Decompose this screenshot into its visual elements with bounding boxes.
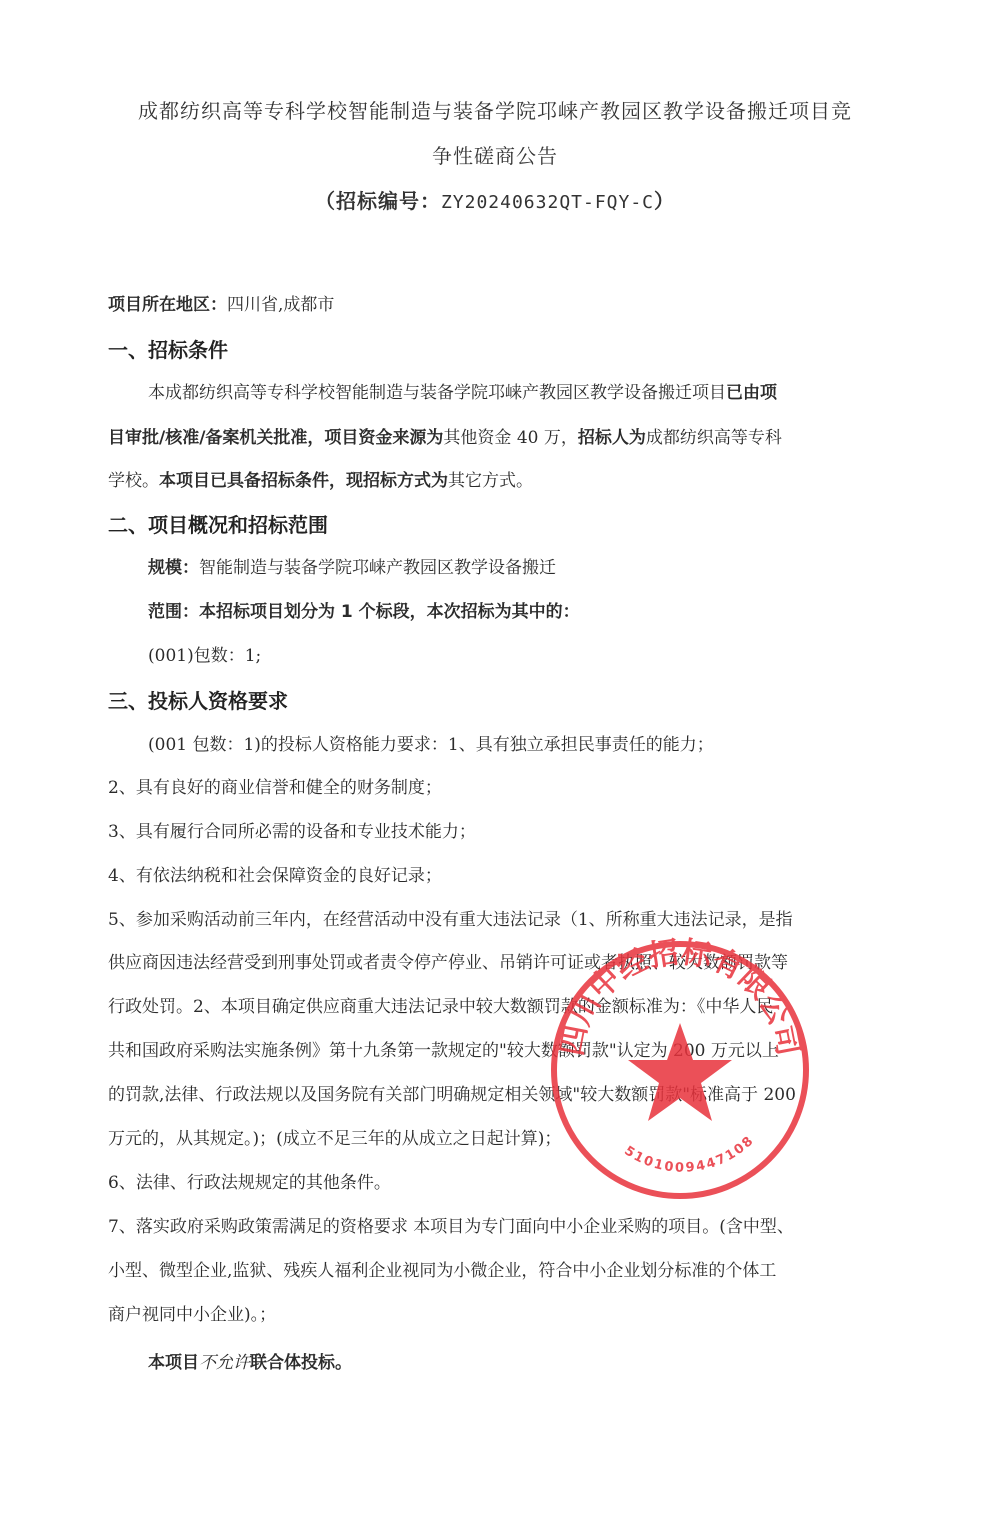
text: 其他资金 40 万，: [443, 428, 577, 448]
qualification-item: 供应商因违法经营受到刑事处罚或者责令停产停业、吊销许可证或者执照、较大数额罚款等: [108, 948, 898, 973]
scope-line: 范围：本招标项目划分为 1 个标段，本次招标为其中的：: [148, 597, 938, 622]
project-region: 项目所在地区：四川省,成都市: [108, 290, 898, 315]
qualification-item: 小型、微型企业,监狱、残疾人福利企业视同为小微企业，符合中小企业划分标准的个体工: [108, 1256, 898, 1281]
consortium-note: 本项目不允许联合体投标。: [148, 1348, 938, 1373]
region-label: 项目所在地区：: [108, 295, 227, 315]
qualification-item: 3、具有履行合同所必需的设备和专业技术能力；: [108, 817, 898, 842]
doc-title-line2: 争性磋商公告: [100, 140, 890, 169]
section1-heading: 一、招标条件: [108, 334, 898, 363]
tender-code: （招标编号：ZY20240632QT-FQY-C）: [100, 185, 890, 214]
qualification-item: 6、法律、行政法规规定的其他条件。: [108, 1168, 898, 1193]
text: 不允许: [199, 1353, 250, 1373]
text: 成都纺织高等专科: [646, 428, 782, 448]
text: 招标人为: [578, 428, 646, 448]
qualification-item: 商户视同中小企业)。；: [108, 1300, 898, 1325]
text: 已由项: [726, 383, 777, 403]
section3-heading: 三、投标人资格要求: [108, 685, 898, 714]
company-seal-stamp: 四川中经招标有限公司 5101009447108: [545, 935, 815, 1205]
qualification-item: 5、参加采购活动前三年内，在经营活动中没有重大违法记录（1、所称重大违法记录，是…: [108, 905, 898, 930]
scale-line: 规模：智能制造与装备学院邛崃产教园区教学设备搬迁: [148, 553, 938, 578]
text: 本项目已具备招标条件，现招标方式为: [159, 471, 448, 491]
qualification-item: 行政处罚。2、本项目确定供应商重大违法记录中较大数额罚款的金额标准为：《中华人民: [108, 992, 898, 1017]
qualification-item: 的罚款,法律、行政法规以及国务院有关部门明确规定相关领域"较大数额罚款"标准高于…: [108, 1080, 898, 1105]
document-page: 成都纺织高等专科学校智能制造与装备学院邛崃产教园区教学设备搬迁项目竞 争性磋商公…: [0, 0, 986, 1516]
text: 联合体投标。: [250, 1353, 352, 1373]
section1-para-line1: 本成都纺织高等专科学校智能制造与装备学院邛崃产教园区教学设备搬迁项目已由项: [148, 378, 938, 403]
qualification-item: 万元的，从其规定。)；(成立不足三年的从成立之日起计算)；: [108, 1124, 898, 1149]
qualification-item: (001 包数：1)的投标人资格能力要求：1、具有独立承担民事责任的能力；: [148, 730, 938, 755]
text: 其它方式。: [448, 471, 533, 491]
text: 智能制造与装备学院邛崃产教园区教学设备搬迁: [199, 558, 556, 578]
text: 目审批/核准/备案机关批准，项目资金来源为: [108, 428, 443, 448]
region-value: 四川省,成都市: [227, 295, 334, 315]
section1-para-line3: 学校。本项目已具备招标条件，现招标方式为其它方式。: [108, 466, 898, 491]
tender-code-value: ZY20240632QT-FQY-C: [441, 192, 654, 213]
tender-code-label: （招标编号：: [315, 189, 441, 213]
tender-code-close: ）: [654, 189, 675, 213]
doc-title-line1: 成都纺织高等专科学校智能制造与装备学院邛崃产教园区教学设备搬迁项目竞: [100, 95, 890, 124]
qualification-item: 2、具有良好的商业信誉和健全的财务制度；: [108, 773, 898, 798]
qualification-item: 4、有依法纳税和社会保障资金的良好记录；: [108, 861, 898, 886]
section1-para-line2: 目审批/核准/备案机关批准，项目资金来源为其他资金 40 万，招标人为成都纺织高…: [108, 423, 898, 448]
section2-heading: 二、项目概况和招标范围: [108, 509, 898, 538]
qualification-item: 共和国政府采购法实施条例》第十九条第一款规定的"较大数额罚款"认定为 200 万…: [108, 1036, 898, 1061]
text: 本成都纺织高等专科学校智能制造与装备学院邛崃产教园区教学设备搬迁项目: [148, 383, 726, 403]
qualification-item: 7、落实政府采购政策需满足的资格要求 本项目为专门面向中小企业采购的项目。(含中…: [108, 1212, 898, 1237]
package-line: (001)包数：1;: [148, 641, 938, 666]
text: 规模：: [148, 558, 199, 578]
text: 学校。: [108, 471, 159, 491]
text: 本项目: [148, 1353, 199, 1373]
